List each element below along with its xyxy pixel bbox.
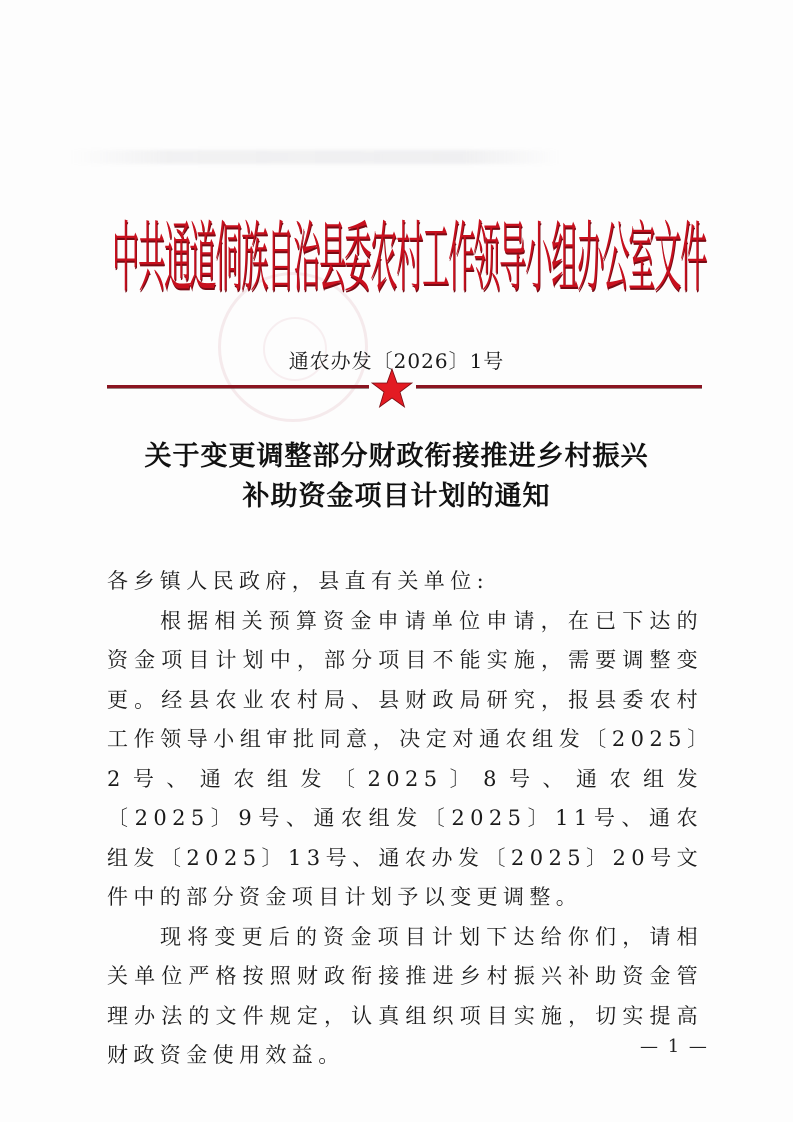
masthead-char: 农 [370, 222, 384, 299]
masthead-char: 办 [577, 222, 591, 299]
masthead-char: 治 [293, 222, 307, 299]
masthead-char: 县 [319, 222, 333, 299]
scan-bleed-through [70, 150, 560, 164]
red-masthead-title: 中共通道侗族自治县委农村工作领导小组办公室文件 [108, 218, 698, 302]
masthead-char: 领 [474, 222, 488, 299]
masthead-char: 委 [344, 222, 358, 299]
masthead-char: 室 [628, 222, 642, 299]
masthead-char: 中 [112, 222, 126, 299]
masthead-char: 侗 [215, 222, 229, 299]
document-title: 关于变更调整部分财政衔接推进乡村振兴 补助资金项目计划的通知 [0, 437, 793, 517]
red-divider-line-right [416, 385, 702, 388]
masthead-char: 小 [525, 222, 539, 299]
salutation: 各乡镇人民政府，县直有关单位: [107, 562, 703, 602]
red-divider-line-left [107, 385, 369, 388]
masthead-char: 公 [603, 222, 617, 299]
title-line-1: 关于变更调整部分财政衔接推进乡村振兴 [0, 437, 793, 477]
masthead-char: 自 [267, 222, 281, 299]
masthead-char: 作 [448, 222, 462, 299]
body-paragraph-2: 现将变更后的资金项目计划下达给你们，请相关单位严格按照财政衔接推进乡村振兴补助资… [107, 918, 703, 1076]
masthead-char: 组 [551, 222, 565, 299]
masthead-char: 文 [654, 222, 668, 299]
masthead-char: 共 [138, 222, 152, 299]
masthead-char: 村 [396, 222, 410, 299]
masthead-char: 道 [190, 222, 204, 299]
masthead-char: 族 [241, 222, 255, 299]
title-line-2: 补助资金项目计划的通知 [0, 477, 793, 517]
document-body: 各乡镇人民政府，县直有关单位: 根据相关预算资金申请单位申请，在已下达的资金项目… [107, 562, 703, 1076]
masthead-char: 通 [164, 222, 178, 299]
red-star-icon [371, 368, 413, 408]
masthead-char: 件 [680, 222, 694, 299]
masthead-char: 工 [422, 222, 436, 299]
document-page: 中共通道侗族自治县委农村工作领导小组办公室文件 通农办发〔2026〕1号 关于变… [0, 0, 793, 1122]
masthead-char: 导 [499, 222, 513, 299]
page-number: — 1 — [640, 1036, 709, 1057]
body-paragraph-1: 根据相关预算资金申请单位申请，在已下达的资金项目计划中，部分项目不能实施，需要调… [107, 602, 703, 918]
